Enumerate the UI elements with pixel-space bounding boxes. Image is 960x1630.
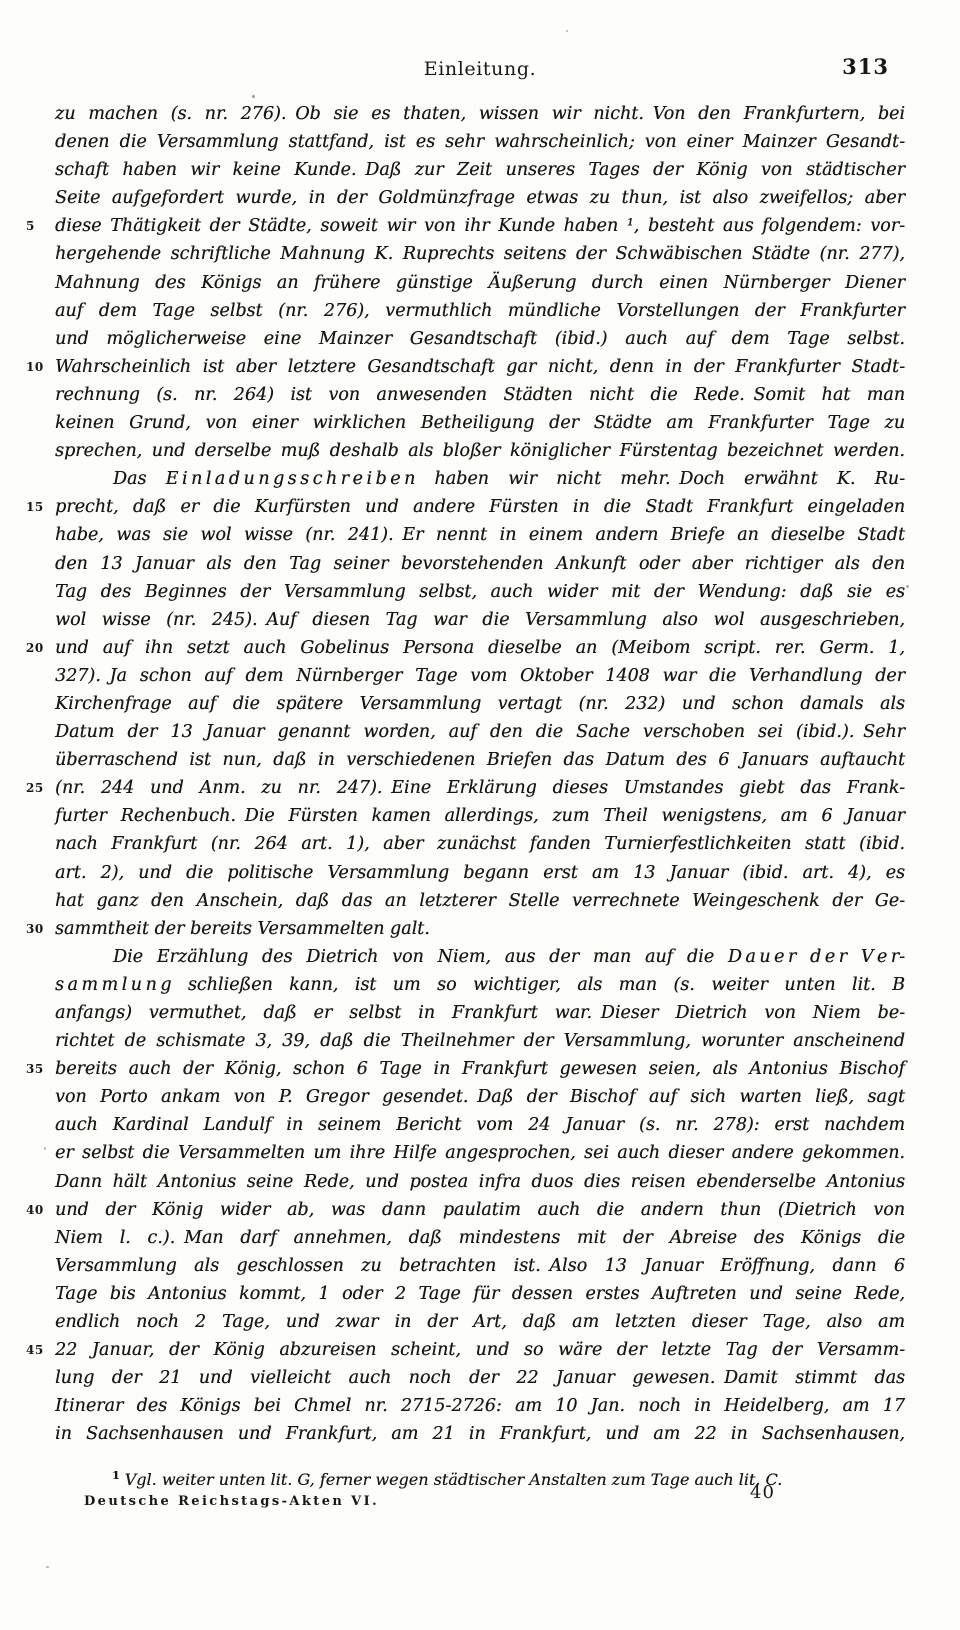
text-line: endlich noch 2 Tage, und zwar in der Art… bbox=[55, 1308, 905, 1336]
text-line: Tag des Beginnes der Versammlung selbst,… bbox=[55, 578, 905, 606]
text-line: Tage bis Antonius kommt, 1 oder 2 Tage f… bbox=[55, 1280, 905, 1308]
scan-speck bbox=[44, 1147, 46, 1150]
footnote-marker: 1 bbox=[112, 1469, 120, 1482]
text-line: Das E i n l a d u n g s s c h r e i b e … bbox=[55, 465, 905, 493]
text-line: hat ganz den Anschein, daß das an letzte… bbox=[55, 887, 905, 915]
line-number: 35 bbox=[26, 1055, 48, 1083]
text-line: zu machen (s. nr. 276). Ob sie es thaten… bbox=[55, 100, 905, 128]
scan-speck bbox=[252, 95, 255, 98]
running-title: Einleitung. bbox=[55, 58, 905, 80]
text-line: überraschend ist nun, daß in verschieden… bbox=[55, 746, 905, 774]
volume-signature: Deutsche Reichstags-Akten VI. bbox=[84, 1494, 379, 1509]
text-line: rechnung (s. nr. 264) ist von anwesenden… bbox=[55, 381, 905, 409]
text-line: Niem l. c.). Man darf annehmen, daß mind… bbox=[55, 1224, 905, 1252]
line-number: 45 bbox=[26, 1336, 48, 1364]
text-line: 30sammtheit der bereits Versammelten gal… bbox=[55, 915, 905, 943]
text-line: keinen Grund, von einer wirklichen Bethe… bbox=[55, 409, 905, 437]
text-line: Versammlung als geschlossen zu betrachte… bbox=[55, 1252, 905, 1280]
text-line: den 13 Januar als den Tag seiner bevorst… bbox=[55, 550, 905, 578]
text-line: art. 2), und die politische Versammlung … bbox=[55, 859, 905, 887]
footnote: 1Vgl. weiter unten lit. G, ferner wegen … bbox=[112, 1464, 782, 1492]
line-number: 20 bbox=[26, 634, 48, 662]
text-line: 35bereits auch der König, schon 6 Tage i… bbox=[55, 1055, 905, 1083]
line-number: 15 bbox=[26, 493, 48, 521]
text-line: wol wisse (nr. 245). Auf diesen Tag war … bbox=[55, 606, 905, 634]
text-line: 327). Ja schon auf dem Nürnberger Tage v… bbox=[55, 662, 905, 690]
text-line: auf dem Tage selbst (nr. 276), vermuthli… bbox=[55, 297, 905, 325]
text-line: lung der 21 und vielleicht auch noch der… bbox=[55, 1364, 905, 1392]
text-line: habe, was sie wol wisse (nr. 241). Er ne… bbox=[55, 521, 905, 549]
text-line: Datum der 13 Januar genannt worden, auf … bbox=[55, 718, 905, 746]
scan-speck bbox=[906, 585, 909, 588]
text-line: nach Frankfurt (nr. 264 art. 1), aber zu… bbox=[55, 830, 905, 858]
page-number: 313 bbox=[842, 54, 889, 79]
text-line: in Sachsenhausen und Frankfurt, am 21 in… bbox=[55, 1420, 905, 1448]
text-line: richtet de schismate 3, 39, daß die Thei… bbox=[55, 1027, 905, 1055]
text-line: 20und auf ihn setzt auch Gobelinus Perso… bbox=[55, 634, 905, 662]
text-line: 5diese Thätigkeit der Städte, soweit wir… bbox=[55, 212, 905, 240]
line-number: 5 bbox=[26, 212, 48, 240]
text-line: Dann hält Antonius seine Rede, und poste… bbox=[55, 1168, 905, 1196]
text-line: furter Rechenbuch. Die Fürsten kamen all… bbox=[55, 802, 905, 830]
text-line: denen die Versammlung stattfand, ist es … bbox=[55, 128, 905, 156]
footnote-text: Vgl. weiter unten lit. G, ferner wegen s… bbox=[125, 1470, 783, 1489]
text-line: sprechen, und derselbe muß deshalb als b… bbox=[55, 437, 905, 465]
text-line: Kirchenfrage auf die spätere Versammlung… bbox=[55, 690, 905, 718]
text-line: s a m m l u n g schließen kann, ist um s… bbox=[55, 971, 905, 999]
text-line: 40und der König wider ab, was dann paula… bbox=[55, 1196, 905, 1224]
text-block: zu machen (s. nr. 276). Ob sie es thaten… bbox=[55, 100, 905, 1449]
line-number: 25 bbox=[26, 774, 48, 802]
scan-speck bbox=[566, 30, 568, 32]
scanned-book-page: Einleitung. 313 zu machen (s. nr. 276). … bbox=[0, 0, 960, 1630]
line-number: 40 bbox=[26, 1196, 48, 1224]
sheet-number: 40 bbox=[750, 1482, 775, 1503]
text-line: Seite aufgefordert wurde, in der Goldmün… bbox=[55, 184, 905, 212]
text-line: anfangs) vermuthet, daß er selbst in Fra… bbox=[55, 999, 905, 1027]
text-line: 4522 Januar, der König abzureisen schein… bbox=[55, 1336, 905, 1364]
text-line: Die Erzählung des Dietrich von Niem, aus… bbox=[55, 943, 905, 971]
text-line: 25(nr. 244 und Anm. zu nr. 247). Eine Er… bbox=[55, 774, 905, 802]
text-line: hergehende schriftliche Mahnung K. Rupre… bbox=[55, 240, 905, 268]
text-line: schaft haben wir keine Kunde. Daß zur Ze… bbox=[55, 156, 905, 184]
line-number: 30 bbox=[26, 915, 48, 943]
text-line: auch Kardinal Landulf in seinem Bericht … bbox=[55, 1111, 905, 1139]
page-header: Einleitung. 313 bbox=[55, 52, 905, 86]
text-line: von Porto ankam von P. Gregor gesendet. … bbox=[55, 1083, 905, 1111]
scan-speck bbox=[46, 1566, 49, 1568]
line-number: 10 bbox=[26, 353, 48, 381]
text-line: er selbst die Versammelten um ihre Hilfe… bbox=[55, 1139, 905, 1167]
text-line: und möglicherweise eine Mainzer Gesandts… bbox=[55, 325, 905, 353]
text-line: Itinerar des Königs bei Chmel nr. 2715-2… bbox=[55, 1392, 905, 1420]
text-line: 10Wahrscheinlich ist aber letztere Gesan… bbox=[55, 353, 905, 381]
text-line: 15precht, daß er die Kurfürsten und ande… bbox=[55, 493, 905, 521]
text-line: Mahnung des Königs an frühere günstige Ä… bbox=[55, 269, 905, 297]
